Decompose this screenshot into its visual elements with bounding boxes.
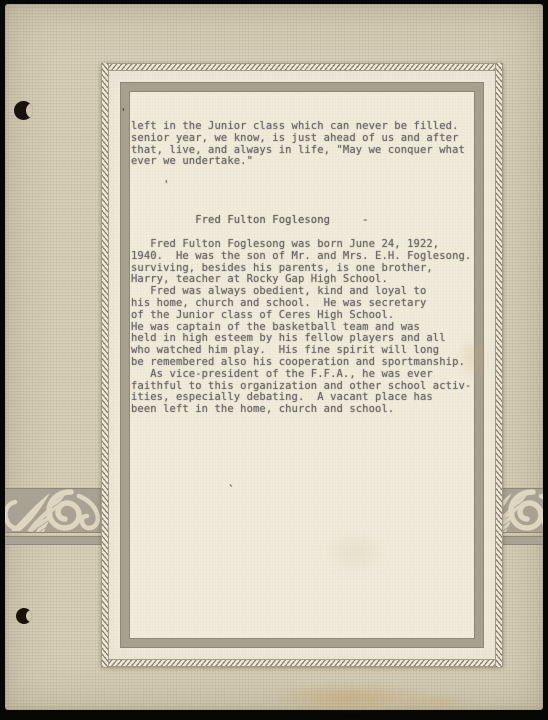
scanned-page-background: left in the Junior class which can never… xyxy=(0,0,548,720)
stain xyxy=(400,694,470,710)
typewritten-text: left in the Junior class which can never… xyxy=(131,121,483,416)
typed-line: be remembered also his cooperation and s… xyxy=(131,357,483,369)
rope-border-bottom xyxy=(101,659,503,667)
typed-line: Fred Fulton Foglesong was born June 24, … xyxy=(131,239,483,251)
typed-line: 1940. He was the son of Mr. and Mrs. E.H… xyxy=(131,251,483,263)
typed-line: his home, church and school. He was secr… xyxy=(131,298,483,310)
rope-border-left xyxy=(101,63,109,667)
stray-mark: ` xyxy=(228,483,235,496)
punch-hole-bottom xyxy=(16,608,32,624)
typed-line: As vice-president of the F.F.A., he was … xyxy=(131,369,483,381)
typed-line: senior year, we know, is just ahead of u… xyxy=(131,133,483,145)
stain xyxy=(267,682,432,712)
punch-hole-highlight xyxy=(26,103,33,118)
stray-mark: ' xyxy=(120,106,127,119)
punch-hole-top xyxy=(14,101,33,120)
typed-line: ever we undertake." xyxy=(131,156,483,168)
typed-line: been left in the home, church and school… xyxy=(131,404,483,416)
album-page: left in the Junior class which can never… xyxy=(5,4,543,710)
scroll-ornament-right-icon xyxy=(502,489,543,532)
punch-hole-highlight xyxy=(26,610,32,622)
typed-line xyxy=(131,192,483,204)
memorial-card: left in the Junior class which can never… xyxy=(101,63,503,667)
memorial-heading-line: Fred Fulton Foglesong - xyxy=(131,215,483,227)
typed-line: ' xyxy=(131,180,483,192)
scroll-ornament-left-icon xyxy=(5,489,105,532)
rope-border-right xyxy=(495,63,503,667)
rope-border-top xyxy=(101,63,503,71)
typed-line xyxy=(131,168,483,180)
typed-line: of the Junior class of Ceres High School… xyxy=(131,310,483,322)
